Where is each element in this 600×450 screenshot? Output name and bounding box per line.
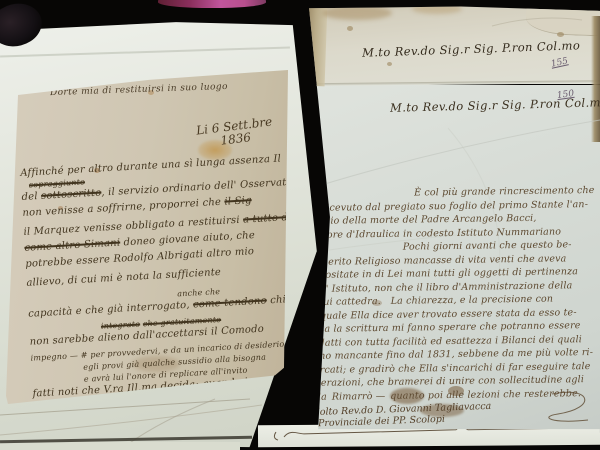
- edge-stain: [322, 6, 392, 20]
- bottom-sheet: [0, 442, 240, 450]
- struck-text: come altro Simani: [24, 238, 120, 254]
- left-letter-page: Dorte mia di restituirsi in suo luogo Li…: [6, 58, 292, 410]
- date-block: Li 6 Sett.bre 1836: [187, 114, 283, 151]
- right-edge-sheet: [591, 16, 600, 142]
- deckle-edge: [305, 4, 328, 86]
- foxing-spot: [387, 62, 392, 66]
- pink-object: [158, 0, 266, 8]
- foxing-spot: [557, 32, 564, 37]
- foxing-spot: [347, 26, 353, 31]
- struck-text: il Sig: [224, 195, 252, 208]
- edge-stain: [412, 4, 462, 14]
- right-letter-sheets: M.to Rev.do Sig.r Sig. P.ron Col.mo 155 …: [252, 4, 600, 430]
- struck-text: integrato: [101, 320, 141, 331]
- left-letter-body: Affinché per altro durante una sì lunga …: [20, 153, 292, 410]
- struck-text: sottoscritto: [41, 188, 102, 202]
- right-letter-body: È col più grande rincrescimento cheho ri…: [306, 184, 599, 404]
- struck-text: a tutto dec: [243, 211, 292, 225]
- manuscript-photo: Dorte mia di restituirsi in suo luogo Li…: [0, 0, 600, 450]
- struck-text: sopraggiunte: [29, 177, 86, 189]
- right-paper-stack: M.to Rev.do Sig.r Sig. P.ron Col.mo 155 …: [252, 0, 600, 450]
